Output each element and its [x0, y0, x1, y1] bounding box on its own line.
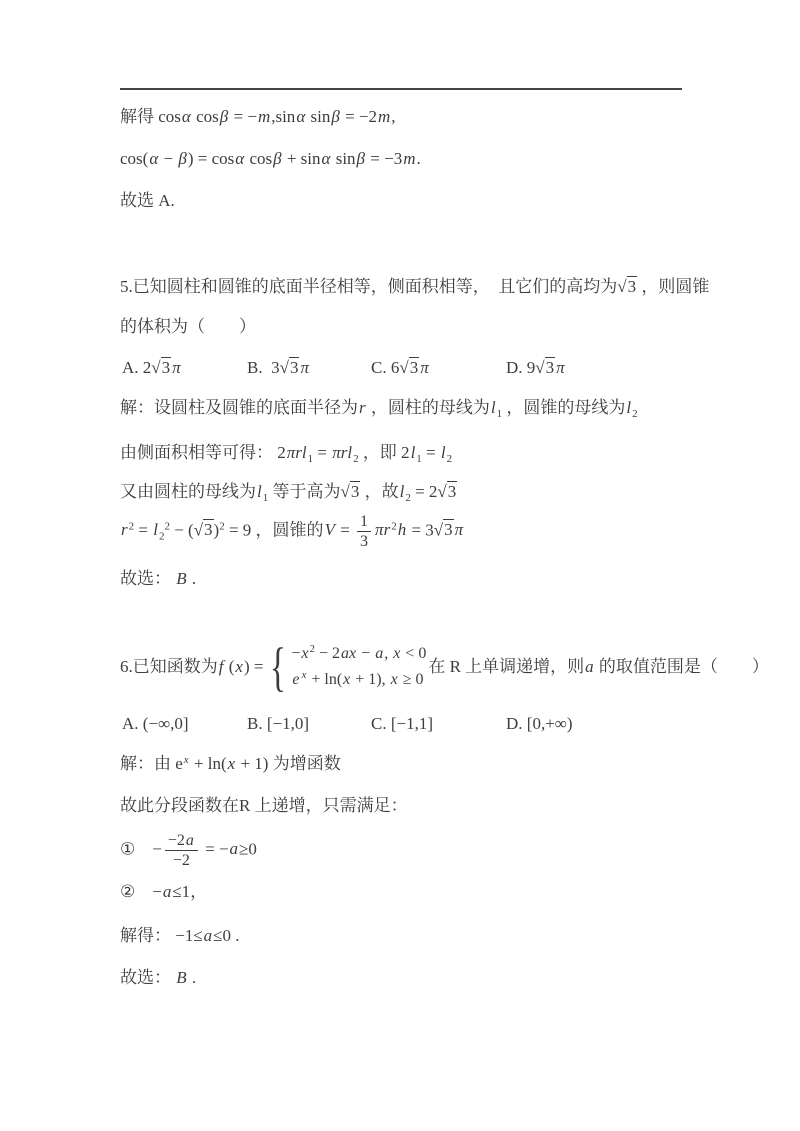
q5-options-row: A. 2√3π B. 3√3π C. 6√3π D. 9√3π: [120, 357, 700, 381]
q6-answer-line: 故选： B .: [120, 967, 196, 989]
q6-option-b: B. [−1,0]: [247, 713, 309, 735]
q6-case-1: −x2 − 2ax − a, x < 0: [291, 641, 426, 667]
q6-stem-suffix: 在 R 上单调递增，则a 的取值范围是（ ）: [428, 656, 769, 678]
q6-solution-result: 解得： −1≤a≤0 .: [120, 925, 240, 947]
q6-condition-1: ① −−2a−2 = −a≥0: [120, 831, 257, 870]
q5-answer-line: 故选： B .: [120, 568, 196, 590]
q6-option-a: A. (−∞,0]: [122, 713, 189, 735]
document-page: 解得 cosα cosβ = −m,sinα sinβ = −2m, cos(α…: [0, 0, 800, 1131]
q6-stem-prefix: 6.已知函数为f (x) =: [120, 656, 263, 678]
q5-solution-line-3: 又由圆柱的母线为l1 等于高为√3 ，故l2 = 2√3: [120, 481, 457, 503]
q6-piecewise-cases: −x2 − 2ax − a, x < 0 ex + ln(x + 1), x ≥…: [291, 641, 426, 693]
q5-solution-line-1: 解：设圆柱及圆锥的底面半径为r ，圆柱的母线为l1 ，圆锥的母线为l2: [120, 397, 638, 419]
q6-option-d: D. [0,+∞): [506, 713, 573, 735]
q5-solution-line-2: 由侧面积相等可得： 2πrl1 = πrl2 ，即 2l1 = l2: [120, 442, 452, 464]
q5-option-c: C. 6√3π: [371, 357, 430, 379]
q4-answer-line: 故选 A.: [120, 190, 175, 212]
q6-case-2: ex + ln(x + 1), x ≥ 0: [291, 667, 426, 693]
q5-solution-line-4: r2 = l22 − (√3)2 = 9 ，圆锥的V = 13πr2h = 3√…: [120, 512, 464, 551]
q5-option-d: D. 9√3π: [506, 357, 566, 379]
q6-piecewise-function: { −x2 − 2ax − a, x < 0 ex + ln(x + 1), x…: [265, 641, 426, 693]
q6-stem-row: 6.已知函数为f (x) = { −x2 − 2ax − a, x < 0 ex…: [120, 641, 769, 693]
q5-option-a: A. 2√3π: [122, 357, 182, 379]
q6-piecewise-brace: {: [270, 642, 286, 692]
q6-condition-2: ② −a≤1，: [120, 881, 207, 903]
q5-stem-line-1: 5.已知圆柱和圆锥的底面半径相等，侧面积相等， 且它们的高均为√3 ，则圆锥: [120, 276, 709, 298]
q6-options-row: A. (−∞,0] B. [−1,0] C. [−1,1] D. [0,+∞): [120, 713, 700, 737]
q6-solution-line-1: 解：由 ex + ln(x + 1) 为增函数: [120, 753, 341, 775]
q6-solution-line-2: 故此分段函数在R 上递增，只需满足：: [120, 795, 408, 817]
q4-solution-line-2: cos(α − β) = cosα cosβ + sinα sinβ = −3m…: [120, 148, 421, 170]
q5-option-b: B. 3√3π: [247, 357, 310, 379]
top-divider-line: [120, 88, 682, 90]
q6-option-c: C. [−1,1]: [371, 713, 433, 735]
q5-stem-line-2: 的体积为（ ）: [120, 316, 256, 338]
q4-solution-line-1: 解得 cosα cosβ = −m,sinα sinβ = −2m,: [120, 106, 396, 128]
